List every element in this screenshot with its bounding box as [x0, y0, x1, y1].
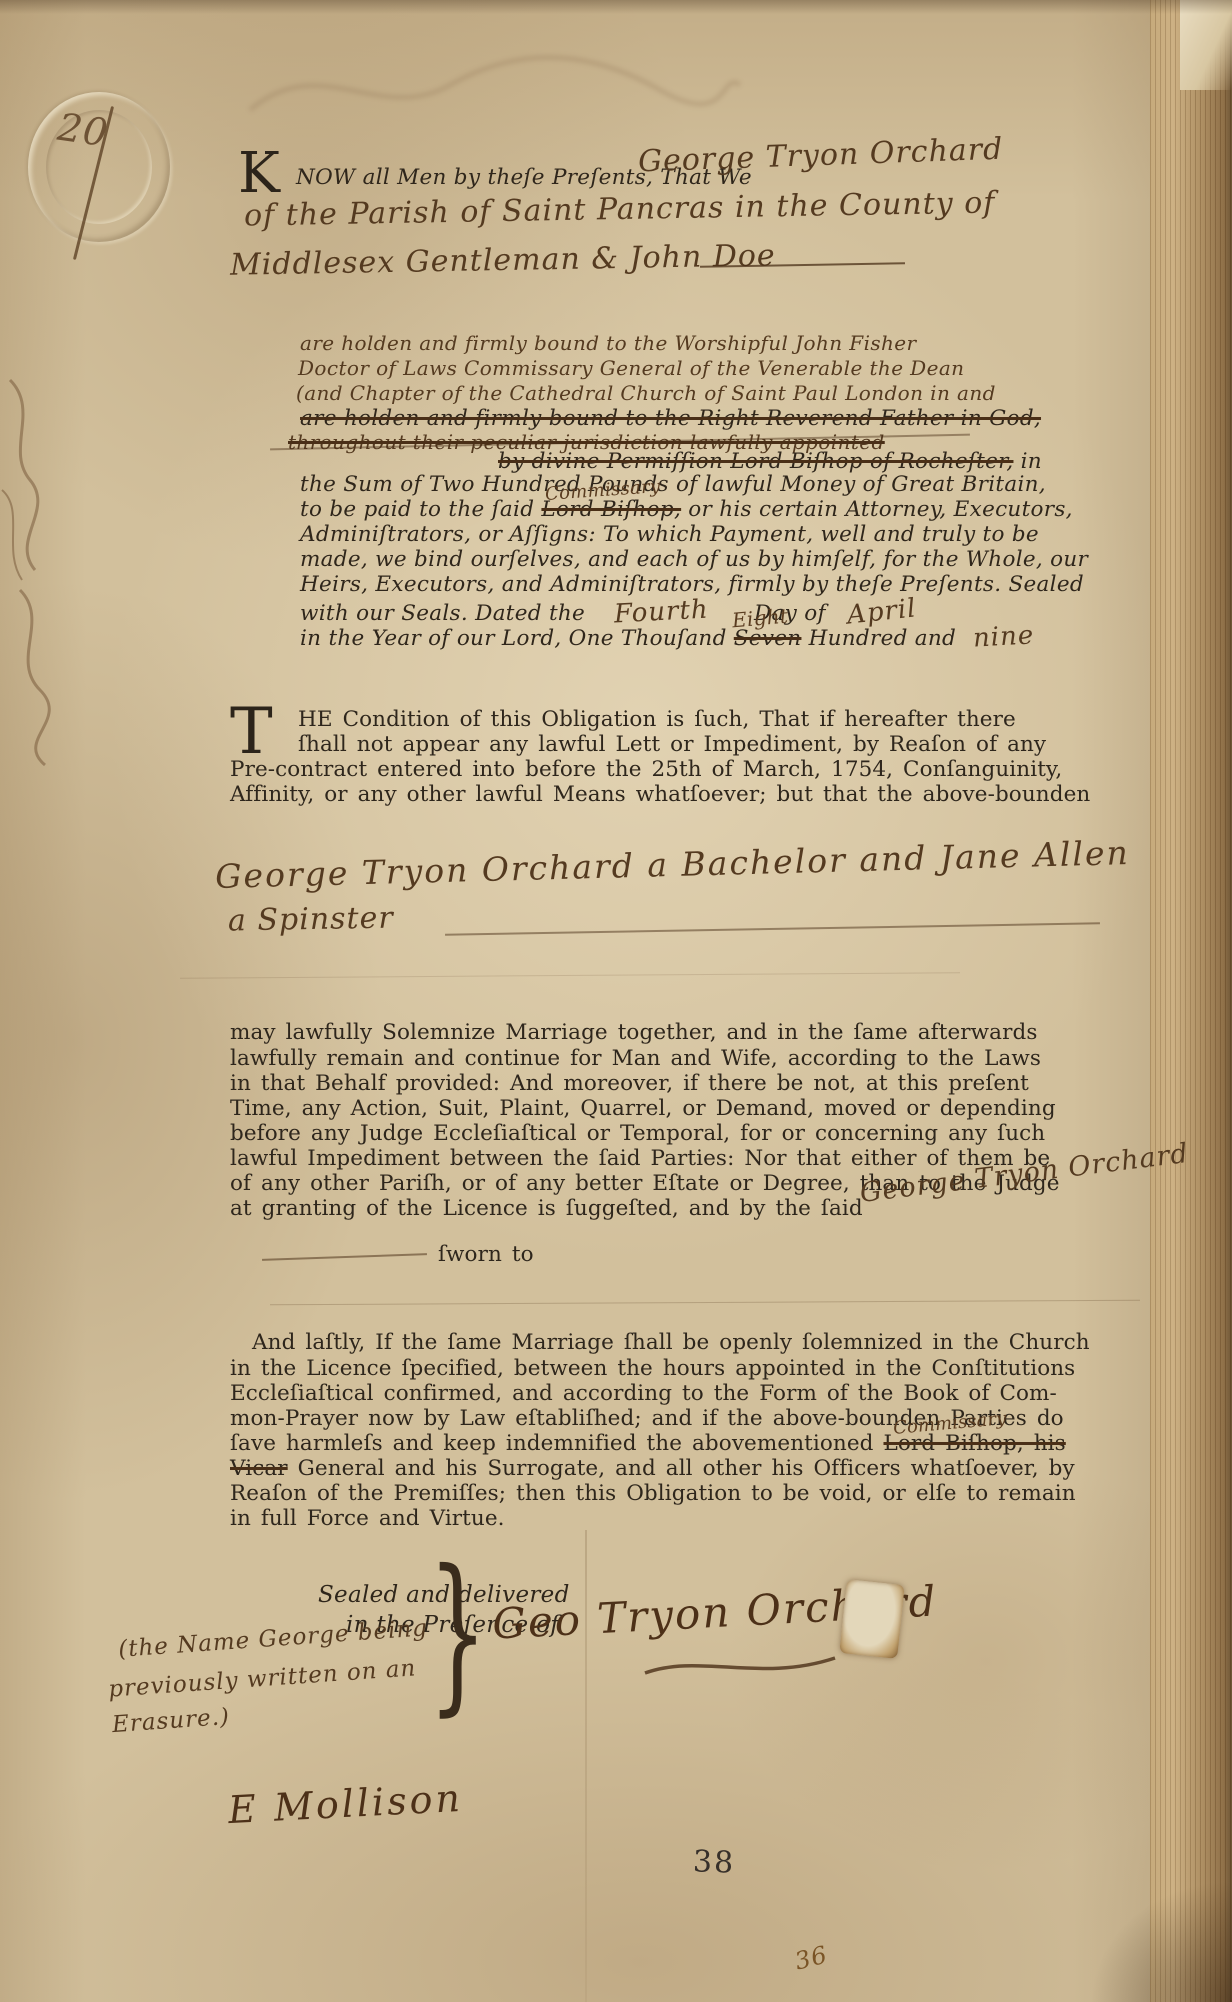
hand-spinster-line: a Spinster: [228, 901, 394, 939]
top-edge-shadow: [0, 0, 1232, 14]
sum-line-3: Adminiſtrators, or Aſſigns: To which Pay…: [300, 522, 1039, 547]
struck-vicar-text: Vicar: [230, 1456, 288, 1481]
closing-brace: }: [428, 1548, 487, 1718]
insert-line-3: (and Chapter of the Cathedral Church of …: [296, 381, 996, 405]
signature-witness: E Mollison: [227, 1776, 464, 1832]
signature-flourish: [640, 1648, 840, 1688]
lastly-line-5: ſave harmleſs and keep indemnified the a…: [230, 1431, 1066, 1456]
solemnize-line-2: lawfully remain and continue for Man and…: [230, 1046, 1041, 1071]
erasure-note-line-2: previously written on an: [107, 1655, 417, 1702]
struck-bishop-text: by divine Permiſſion Lord Biſhop of Roch…: [498, 449, 1013, 474]
opening-parish-line: of the Parish of Saint Pancras in the Co…: [244, 185, 996, 233]
bishop-line-tail: in: [1013, 449, 1041, 474]
struck-seven: EightSeven: [734, 626, 802, 651]
condition-line-3: Pre-contract entered into before the 25t…: [230, 757, 1062, 782]
dash-after-spinster: [445, 922, 1100, 935]
lastly-line-5a: ſave harmleſs and keep indemnified the a…: [230, 1431, 883, 1456]
margin-scribble: [0, 370, 60, 770]
lastly-line-1: And laſtly, If the ſame Marriage ſhall b…: [252, 1330, 1090, 1355]
insert-line-2: Doctor of Laws Commissary General of the…: [298, 356, 964, 380]
book-page-edge-lines: [1150, 0, 1232, 2002]
struck-printed-bishop-line: by divine Permiſſion Lord Biſhop of Roch…: [498, 449, 1042, 474]
sum-line-4: made, we bind ourſelves, and each of us …: [300, 547, 1088, 572]
sum-line-2: to be paid to the ſaid CommissaryLord Bi…: [300, 497, 1073, 522]
sworn-to-label: ſworn to: [438, 1242, 534, 1267]
lastly-line-3: Eccleſiaſtical confirmed, and according …: [230, 1381, 1057, 1406]
hand-eight-insert: Eight: [731, 604, 789, 633]
lastly-line-8: in full Force and Virtue.: [230, 1506, 505, 1531]
sum-line-5: Heirs, Executors, and Adminiſtrators, fi…: [300, 572, 1084, 597]
dash-before-sworn: [262, 1253, 427, 1261]
corner-number: 36: [792, 1940, 830, 1975]
lastly-line-7: Reaſon of the Premiſſes; then this Oblig…: [230, 1481, 1076, 1506]
condition-line-1: HE Condition of this Obligation is ſuch,…: [298, 707, 1016, 732]
dropcap-T: T: [230, 700, 273, 764]
hand-year-nine: nine: [973, 620, 1036, 653]
solemnize-line-8: at granting of the Licence is ſuggeſted,…: [230, 1196, 863, 1221]
erasure-note-line-3: Erasure.): [111, 1704, 231, 1738]
insert-line-1: are holden and firmly bound to the Worsh…: [300, 331, 917, 355]
struck-printed-obligee: are holden and firmly bound to the Right…: [300, 406, 1041, 431]
solemnize-line-3: in that Behalf provided: And moreover, i…: [230, 1071, 1029, 1096]
solemnize-line-5: before any Judge Eccleſiaſtical or Tempo…: [230, 1121, 1045, 1146]
seal-remnant: [839, 1579, 904, 1659]
lastly-line-2: in the Licence ſpecified, between the ho…: [230, 1356, 1075, 1381]
condition-line-2: ſhall not appear any lawful Lett or Impe…: [298, 732, 1046, 757]
sum-line-7: in the Year of our Lord, One Thouſand Ei…: [300, 622, 1034, 652]
struck-lord-bishop: CommissaryLord Biſhop,: [541, 497, 681, 522]
struck-lord-bishop-his: CommissaryLord Biſhop, his: [883, 1431, 1065, 1456]
erasure-note-line-1: (the Name George being: [117, 1615, 428, 1663]
faint-crease-upper: [180, 972, 960, 978]
lastly-line-6b: General and his Surrogate, and all other…: [288, 1456, 1075, 1481]
bleedthrough-ghost: [230, 30, 750, 140]
opening-county-line: Middlesex Gentleman & John Doe: [230, 238, 776, 283]
solemnize-line-6: lawful Impediment between the ſaid Parti…: [230, 1146, 1050, 1171]
document-page: 20 K NOW all Men by theſe Preſents, That…: [0, 0, 1232, 2002]
vertical-fold-crease: [585, 1530, 587, 2002]
lastly-line-6: Vicar General and his Surrogate, and all…: [230, 1456, 1075, 1481]
year-label-a: in the Year of our Lord, One Thouſand: [300, 626, 734, 651]
sum-line-2a: to be paid to the ſaid: [300, 497, 541, 522]
year-label-b: Hundred and: [801, 626, 963, 651]
folio-number: 38: [692, 1844, 735, 1880]
faint-crease-lower: [270, 1300, 1140, 1306]
sum-line-1: the Sum of Two Hundred Pounds of lawful …: [300, 472, 1046, 497]
hand-parties-line: George Tryon Orchard a Bachelor and Jane…: [215, 833, 1131, 896]
book-edge-bottom-shadow: [1090, 1880, 1232, 2002]
solemnize-line-4: Time, any Action, Suit, Plaint, Quarrel,…: [230, 1096, 1056, 1121]
solemnize-line-1: may lawfully Solemnize Marriage together…: [230, 1020, 1037, 1045]
sum-line-2b: or his certain Attorney, Executors,: [681, 497, 1073, 522]
dropcap-K: K: [238, 146, 280, 202]
condition-line-4: Affinity, or any other lawful Means what…: [230, 782, 1090, 807]
